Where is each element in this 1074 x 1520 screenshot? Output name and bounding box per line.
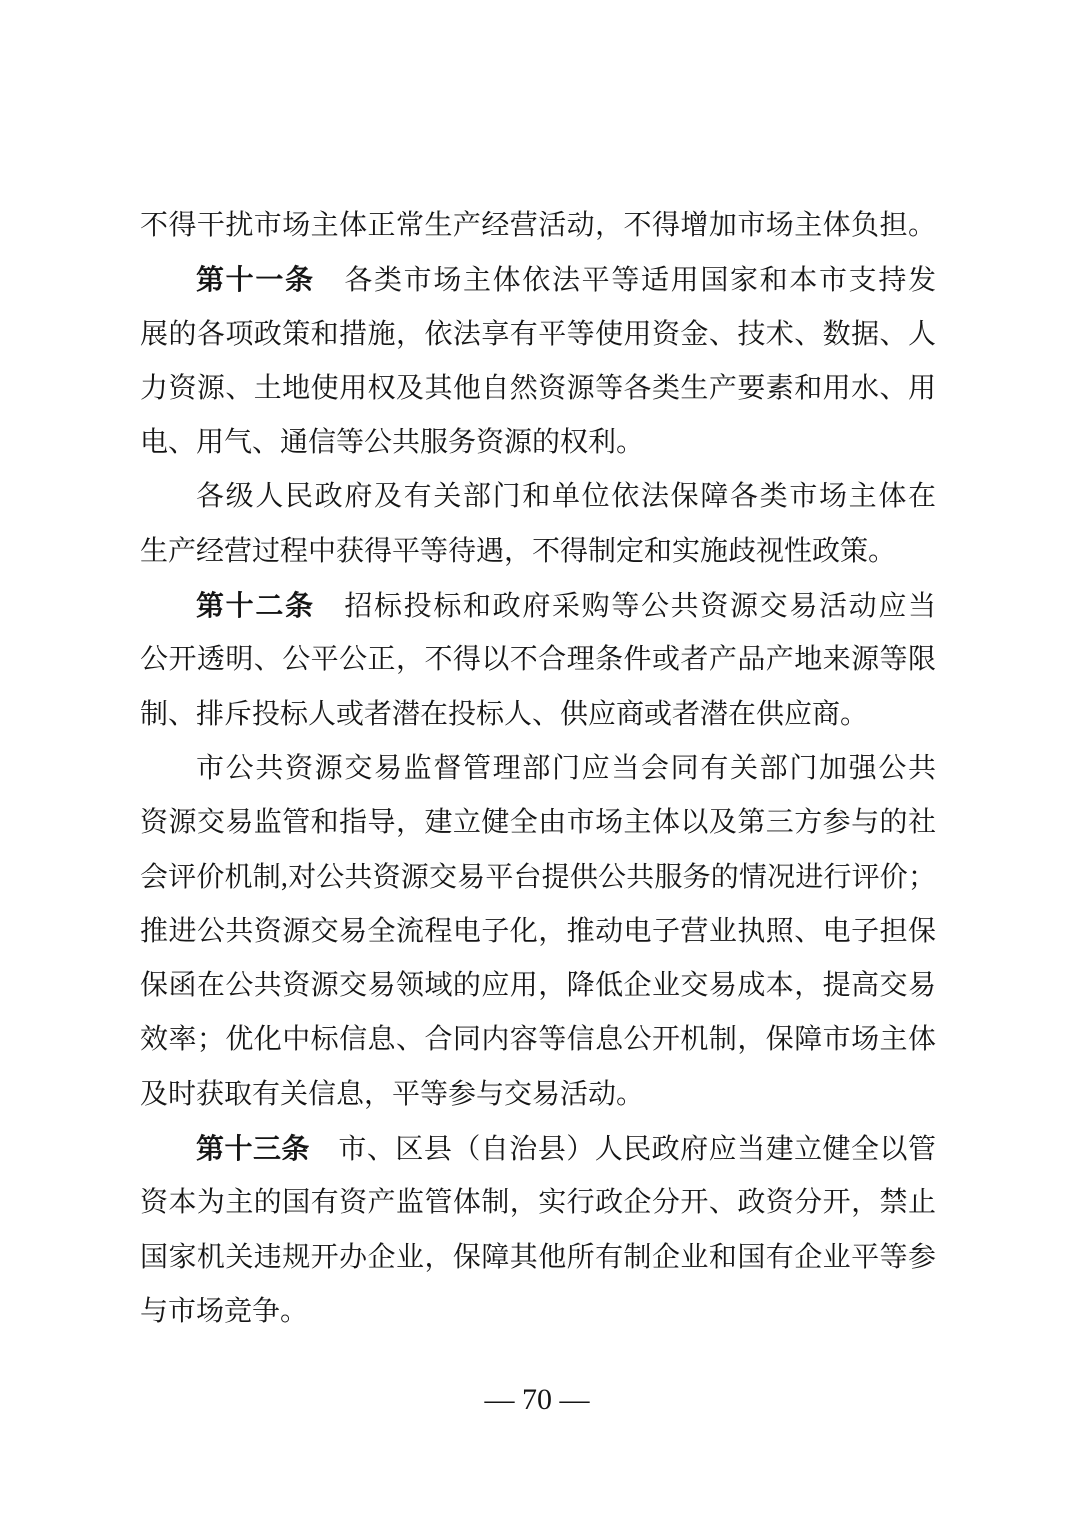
text-segment: 与市场竞争。 [140, 1296, 308, 1327]
text-segment: 市公共资源交易监督管理部门应当会同有关部门加强公共 [196, 753, 936, 784]
text-line: 不得干扰市场主体正常生产经营活动，不得增加市场主体负担。 [140, 199, 936, 253]
text-segment: 会评价机制,对公共资源交易平台提供公共服务的情况进行评价； [140, 862, 936, 893]
text-segment: 推进公共资源交易全流程电子化，推动电子营业执照、电子担保 [140, 916, 936, 947]
text-segment: 展的各项政策和措施，依法享有平等使用资金、技术、数据、人 [140, 319, 936, 350]
text-segment: 公开透明、公平公正，不得以不合理条件或者产品产地来源等限 [140, 644, 936, 675]
text-line: 第十三条 市、区县（自治县）人民政府应当建立健全以管 [140, 1122, 936, 1176]
text-segment: 不得干扰市场主体正常生产经营活动，不得增加市场主体负担。 [140, 210, 936, 241]
text-segment: 保函在公共资源交易领域的应用，降低企业交易成本，提高交易 [140, 970, 936, 1001]
text-line: 会评价机制,对公共资源交易平台提供公共服务的情况进行评价； [140, 851, 936, 905]
text-segment: 资本为主的国有资产监管体制，实行政企分开、政资分开，禁止 [140, 1187, 936, 1218]
text-segment: 力资源、土地使用权及其他自然资源等各类生产要素和用水、用 [140, 373, 936, 404]
text-segment: 制、排斥投标人或者潜在投标人、供应商或者潜在供应商。 [140, 699, 868, 730]
article-number: 第十二条 [196, 590, 315, 621]
text-line: 生产经营过程中获得平等待遇，不得制定和实施歧视性政策。 [140, 525, 936, 579]
text-line: 与市场竞争。 [140, 1285, 936, 1339]
text-segment: 电、用气、通信等公共服务资源的权利。 [140, 427, 644, 458]
page-number: — 70 — [0, 1378, 1074, 1422]
text-line: 公开透明、公平公正，不得以不合理条件或者产品产地来源等限 [140, 633, 936, 687]
text-line: 国家机关违规开办企业，保障其他所有制企业和国有企业平等参 [140, 1231, 936, 1285]
article-number: 第十三条 [196, 1133, 310, 1164]
text-line: 推进公共资源交易全流程电子化，推动电子营业执照、电子担保 [140, 905, 936, 959]
text-line: 第十二条 招标投标和政府采购等公共资源交易活动应当 [140, 579, 936, 633]
text-segment: 资源交易监管和指导，建立健全由市场主体以及第三方参与的社 [140, 807, 936, 838]
text-line: 制、排斥投标人或者潜在投标人、供应商或者潜在供应商。 [140, 688, 936, 742]
text-segment: 市、区县（自治县）人民政府应当建立健全以管 [310, 1134, 936, 1165]
text-segment: 招标投标和政府采购等公共资源交易活动应当 [315, 591, 936, 622]
text-line: 市公共资源交易监督管理部门应当会同有关部门加强公共 [140, 742, 936, 796]
text-line: 及时获取有关信息，平等参与交易活动。 [140, 1068, 936, 1122]
text-line: 保函在公共资源交易领域的应用，降低企业交易成本，提高交易 [140, 959, 936, 1013]
text-line: 资源交易监管和指导，建立健全由市场主体以及第三方参与的社 [140, 796, 936, 850]
text-segment: 各级人民政府及有关部门和单位依法保障各类市场主体在 [196, 481, 936, 512]
document-page: 不得干扰市场主体正常生产经营活动，不得增加市场主体负担。第十一条 各类市场主体依… [0, 0, 1074, 1520]
text-line: 第十一条 各类市场主体依法平等适用国家和本市支持发 [140, 253, 936, 307]
text-line: 力资源、土地使用权及其他自然资源等各类生产要素和用水、用 [140, 362, 936, 416]
text-line: 效率；优化中标信息、合同内容等信息公开机制，保障市场主体 [140, 1013, 936, 1067]
article-number: 第十一条 [196, 264, 315, 295]
text-segment: 及时获取有关信息，平等参与交易活动。 [140, 1079, 644, 1110]
text-line: 资本为主的国有资产监管体制，实行政企分开、政资分开，禁止 [140, 1176, 936, 1230]
document-body: 不得干扰市场主体正常生产经营活动，不得增加市场主体负担。第十一条 各类市场主体依… [140, 199, 936, 1339]
text-line: 电、用气、通信等公共服务资源的权利。 [140, 416, 936, 470]
text-segment: 生产经营过程中获得平等待遇，不得制定和实施歧视性政策。 [140, 536, 896, 567]
text-line: 展的各项政策和措施，依法享有平等使用资金、技术、数据、人 [140, 308, 936, 362]
text-segment: 各类市场主体依法平等适用国家和本市支持发 [315, 265, 936, 296]
text-segment: 效率；优化中标信息、合同内容等信息公开机制，保障市场主体 [140, 1024, 936, 1055]
text-line: 各级人民政府及有关部门和单位依法保障各类市场主体在 [140, 470, 936, 524]
text-segment: 国家机关违规开办企业，保障其他所有制企业和国有企业平等参 [140, 1242, 936, 1273]
